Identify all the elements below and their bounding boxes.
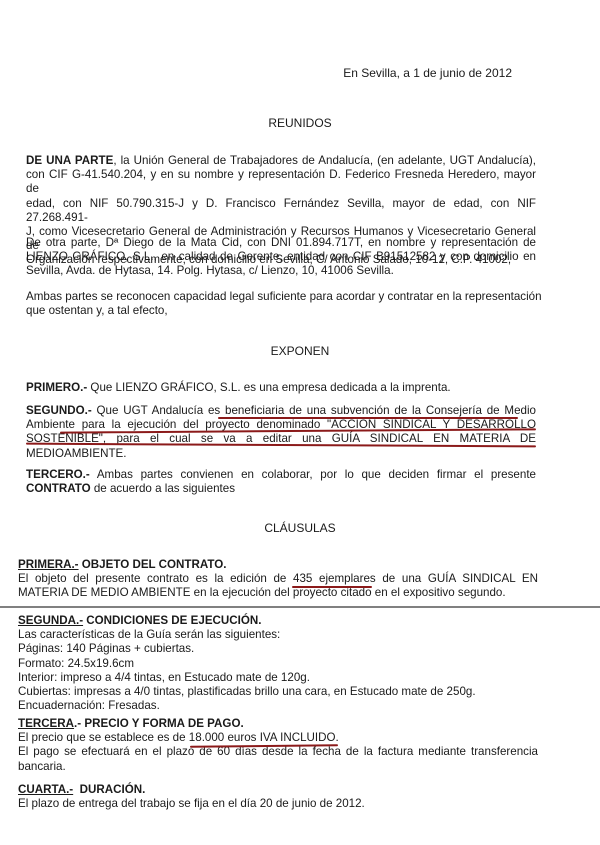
handwritten-underline [218,417,518,419]
clause-number: PRIMERA.- [18,558,79,571]
clause-cuarta: CUARTA.- DURACIÓN. El plazo de entrega d… [18,783,538,811]
paragraph-parte-2: De otra parte, Dª Diego de la Mata Cid, … [26,236,536,279]
handwritten-underline [292,586,372,588]
clause-number: CUARTA.- [18,783,73,796]
lead-contrato: CONTRATO [26,482,91,495]
paragraph-ambas-partes: Ambas partes se reconocen capacidad lega… [26,290,536,318]
lead-segundo: SEGUNDO.- [26,404,92,417]
lead-tercero: TERCERO.- [26,468,90,481]
clause-segunda: SEGUNDA.- CONDICIONES DE EJECUCIÓN. Las … [18,614,538,713]
heading-exponen: EXPONEN [0,344,600,358]
paragraph-tercero: TERCERO.- Ambas partes convienen en cola… [26,468,536,496]
paragraph-primero: PRIMERO.- Que LIENZO GRÁFICO, S.L. es un… [26,381,536,395]
heading-reunidos: REUNIDOS [0,116,600,130]
clause-title: DURACIÓN. [73,783,145,796]
clause-number: TERCERA [18,717,74,730]
clause-number: SEGUNDA.- [18,614,83,627]
scan-fold-line [0,606,600,608]
clause-primera: PRIMERA.- OBJETO DEL CONTRATO. El objeto… [18,558,538,601]
clause-title: OBJETO DEL CONTRATO. [79,558,227,571]
heading-clausulas: CLÁUSULAS [0,521,600,535]
lead-de-una-parte: DE UNA PARTE [26,154,113,167]
clause-title: .- PRECIO Y FORMA DE PAGO. [74,717,244,730]
clause-title: CONDICIONES DE EJECUCIÓN. [83,614,261,627]
lead-primero: PRIMERO.- [26,381,87,394]
date-line: En Sevilla, a 1 de junio de 2012 [343,66,512,80]
